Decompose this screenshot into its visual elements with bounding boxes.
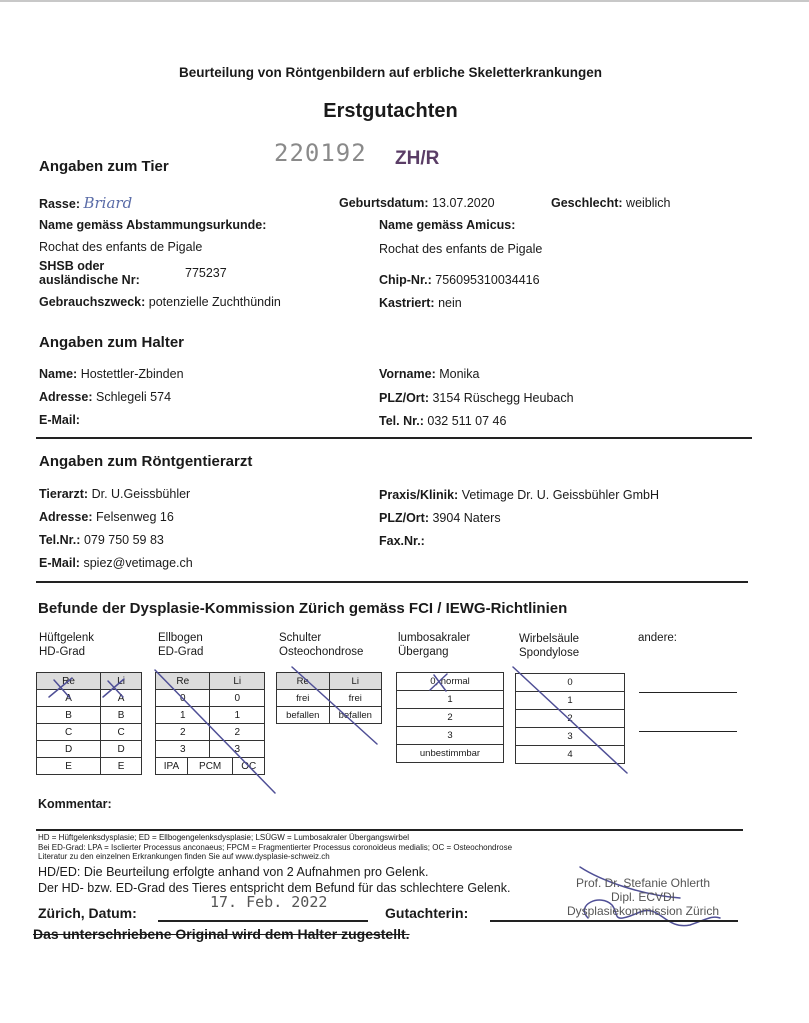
col-label: lumbosakraler xyxy=(398,631,470,645)
owner-firstname-field: Vorname: Monika xyxy=(379,367,480,381)
ed-cell[interactable]: 3 xyxy=(156,741,210,758)
lumbosacral-cell[interactable]: 2 xyxy=(397,709,504,727)
date-line xyxy=(158,920,368,922)
vet-fax-label: Fax.Nr.: xyxy=(379,534,425,548)
legend-line: Bei ED-Grad: LPA = Isclierter Processus … xyxy=(38,843,512,853)
vet-name-value: Dr. U.Geissbühler xyxy=(92,487,191,501)
lumbosacral-table: 0, normal 1 2 3 unbestimmbar xyxy=(396,672,504,763)
owner-firstname-value: Monika xyxy=(439,367,479,381)
spine-cell[interactable]: 0 xyxy=(516,674,625,692)
abbreviations-legend: HD = Hüftgelenksdysplasie; ED = Ellbogen… xyxy=(38,833,512,862)
col-lumbosacral-header: lumbosakralerÜbergang xyxy=(398,631,470,659)
lumbosacral-cell[interactable]: 3 xyxy=(397,727,504,745)
section-vet-heading: Angaben zum Röntgentierarzt xyxy=(39,453,252,470)
purpose-label: Gebrauchszweck: xyxy=(39,295,145,309)
neutered-label: Kastriert: xyxy=(379,296,435,310)
commission-stamp: ZH/R xyxy=(395,148,439,170)
comment-label: Kommentar: xyxy=(38,797,112,811)
vet-email-label: E-Mail: xyxy=(39,556,80,570)
vet-email-field: E-Mail: spiez@vetimage.ch xyxy=(39,556,193,570)
col-ed-header: EllbogenED-Grad xyxy=(158,631,203,659)
ed-oc-cell[interactable]: OC xyxy=(233,758,265,775)
vet-name-label: Tierarzt: xyxy=(39,487,88,501)
ed-cell[interactable]: 0 xyxy=(156,690,210,707)
breed-field: Rasse: Briard xyxy=(39,194,132,212)
vet-address-label: Adresse: xyxy=(39,510,93,524)
ed-cell[interactable]: 3 xyxy=(210,741,265,758)
neutered-value: nein xyxy=(438,296,462,310)
vet-fax-field: Fax.Nr.: xyxy=(379,534,425,548)
chip-value: 756095310034416 xyxy=(435,273,539,287)
owner-phone-value: 032 511 07 46 xyxy=(427,414,506,428)
hd-cell[interactable]: D xyxy=(37,741,101,758)
vet-city-label: PLZ/Ort: xyxy=(379,511,429,525)
amicus-name-value: Rochat des enfants de Pigale xyxy=(379,242,542,256)
sex-field: Geschlecht: weiblich xyxy=(551,196,671,210)
shoulder-cell[interactable]: frei xyxy=(329,690,382,707)
pedigree-name-label: Name gemäss Abstammungsurkunde: xyxy=(39,218,266,232)
divider xyxy=(36,829,743,831)
vet-city-value: 3904 Naters xyxy=(432,511,500,525)
ed-ipa-cell[interactable]: IPA xyxy=(156,758,188,775)
examiner-label: Gutachterin: xyxy=(385,905,468,921)
shsb-label-line2: ausländische Nr: xyxy=(39,273,140,287)
vet-phone-label: Tel.Nr.: xyxy=(39,533,80,547)
vet-address-field: Adresse: Felsenweg 16 xyxy=(39,510,174,524)
spine-table: 0 1 2 3 4 xyxy=(515,673,625,764)
shoulder-table: ReLi freifrei befallenbefallen xyxy=(276,672,382,724)
ed-header-left: Li xyxy=(210,673,265,690)
col-spine-header: WirbelsäuleSpondylose xyxy=(519,632,579,660)
examiner-commission: Dysplasiekommission Zürich xyxy=(553,904,733,918)
ed-header-right: Re xyxy=(156,673,210,690)
col-shoulder-header: SchulterOsteochondrose xyxy=(279,631,363,659)
vet-clinic-label: Praxis/Klinik: xyxy=(379,488,458,502)
ed-cell[interactable]: 1 xyxy=(210,707,265,724)
shoulder-header-left: Li xyxy=(329,673,382,690)
owner-name-value: Hostettler-Zbinden xyxy=(81,367,184,381)
case-number-stamp: 220192 xyxy=(274,139,367,167)
col-label: Schulter xyxy=(279,631,363,645)
examiner-stamp: Prof. Dr. Stefanie Ohlerth Dipl. ECVDI D… xyxy=(553,876,733,918)
owner-address-field: Adresse: Schlegeli 574 xyxy=(39,390,171,404)
col-label: Spondylose xyxy=(519,646,579,660)
hd-header-left: Li xyxy=(101,673,142,690)
signature-line xyxy=(490,920,738,922)
vet-phone-field: Tel.Nr.: 079 750 59 83 xyxy=(39,533,164,547)
owner-email-label: E-Mail: xyxy=(39,413,80,427)
original-note: Das unterschriebene Original wird dem Ha… xyxy=(33,926,410,942)
purpose-field: Gebrauchszweck: potenzielle Zuchthündin xyxy=(39,295,281,309)
divider xyxy=(36,581,748,583)
col-label: Ellbogen xyxy=(158,631,203,645)
owner-phone-label: Tel. Nr.: xyxy=(379,414,424,428)
owner-address-value: Schlegeli 574 xyxy=(96,390,171,404)
shoulder-cell[interactable]: befallen xyxy=(277,707,330,724)
examiner-title: Dipl. ECVDI xyxy=(553,890,733,904)
shsb-label: SHSB oder ausländische Nr: xyxy=(39,259,140,287)
owner-city-value: 3154 Rüschegg Heubach xyxy=(432,391,573,405)
owner-email-field: E-Mail: xyxy=(39,413,80,427)
ed-cell[interactable]: 2 xyxy=(210,724,265,741)
col-label: ED-Grad xyxy=(158,645,203,659)
date-label: Zürich, Datum: xyxy=(38,905,137,921)
neutered-field: Kastriert: nein xyxy=(379,296,462,310)
vet-email-value: spiez@vetimage.ch xyxy=(83,556,192,570)
owner-phone-field: Tel. Nr.: 032 511 07 46 xyxy=(379,414,506,428)
vet-city-field: PLZ/Ort: 3904 Naters xyxy=(379,511,501,525)
col-label: Osteochondrose xyxy=(279,645,363,659)
ed-cell[interactable]: 1 xyxy=(156,707,210,724)
owner-firstname-label: Vorname: xyxy=(379,367,436,381)
owner-city-label: PLZ/Ort: xyxy=(379,391,429,405)
shoulder-cell[interactable]: befallen xyxy=(329,707,382,724)
hd-cell[interactable]: A xyxy=(101,690,142,707)
shoulder-header-right: Re xyxy=(277,673,330,690)
ed-cell[interactable]: 0 xyxy=(210,690,265,707)
lumbosacral-cell[interactable]: 1 xyxy=(397,691,504,709)
vet-phone-value: 079 750 59 83 xyxy=(84,533,164,547)
hd-cell[interactable]: C xyxy=(101,724,142,741)
col-label: Hüftgelenk xyxy=(39,631,94,645)
document-subtitle: Erstgutachten xyxy=(0,100,781,123)
birthdate-label: Geburtsdatum: xyxy=(339,196,429,210)
spine-cell[interactable]: 3 xyxy=(516,728,625,746)
spine-cell[interactable]: 2 xyxy=(516,710,625,728)
sex-value: weiblich xyxy=(626,196,670,210)
section-animal-heading: Angaben zum Tier xyxy=(39,158,169,175)
hd-cell[interactable]: D xyxy=(101,741,142,758)
page-edge xyxy=(0,0,809,2)
ed-grade-table: ReLi 00 11 22 33 IPAPCMOC xyxy=(155,672,265,775)
lumbosacral-cell[interactable]: unbestimmbar xyxy=(397,745,504,763)
ed-cell[interactable]: 2 xyxy=(156,724,210,741)
vet-clinic-value: Vetimage Dr. U. Geissbühler GmbH xyxy=(462,488,659,502)
vet-name-field: Tierarzt: Dr. U.Geissbühler xyxy=(39,487,190,501)
vet-address-value: Felsenweg 16 xyxy=(96,510,174,524)
hd-cell[interactable]: B xyxy=(101,707,142,724)
breed-value: Briard xyxy=(83,194,132,212)
sex-label: Geschlecht: xyxy=(551,196,623,210)
examiner-name: Prof. Dr. Stefanie Ohlerth xyxy=(553,876,733,890)
col-hd-header: HüftgelenkHD-Grad xyxy=(39,631,94,659)
assessment-note-1: HD/ED: Die Beurteilung erfolgte anhand v… xyxy=(38,865,429,879)
col-other-header: andere: xyxy=(638,632,677,644)
document-title: Beurteilung von Röntgenbildern auf erbli… xyxy=(0,65,781,80)
owner-city-field: PLZ/Ort: 3154 Rüschegg Heubach xyxy=(379,391,574,405)
hd-grade-table: ReLi AA BB CC DD EE xyxy=(36,672,142,775)
birthdate-value: 13.07.2020 xyxy=(432,196,495,210)
other-finding-line[interactable] xyxy=(639,692,737,693)
shoulder-cell[interactable]: frei xyxy=(277,690,330,707)
shsb-value: 775237 xyxy=(185,266,227,280)
pedigree-name-value: Rochat des enfants de Pigale xyxy=(39,240,202,254)
col-label: Wirbelsäule xyxy=(519,632,579,646)
legend-line: Literatur zu den einzelnen Erkrankungen … xyxy=(38,852,512,862)
purpose-value: potenzielle Zuchthündin xyxy=(149,295,281,309)
shsb-label-line1: SHSB oder xyxy=(39,259,140,273)
chip-label: Chip-Nr.: xyxy=(379,273,432,287)
legend-line: HD = Hüftgelenksdysplasie; ED = Ellbogen… xyxy=(38,833,512,843)
vet-clinic-field: Praxis/Klinik: Vetimage Dr. U. Geissbühl… xyxy=(379,488,659,502)
section-owner-heading: Angaben zum Halter xyxy=(39,334,184,351)
date-stamp: 17. Feb. 2022 xyxy=(210,893,327,911)
breed-label: Rasse: xyxy=(39,197,80,211)
other-finding-line[interactable] xyxy=(639,731,737,732)
birthdate-field: Geburtsdatum: 13.07.2020 xyxy=(339,196,495,210)
col-label: Übergang xyxy=(398,645,470,659)
spine-cell[interactable]: 1 xyxy=(516,692,625,710)
hd-header-right: Re xyxy=(37,673,101,690)
hd-cell[interactable]: E xyxy=(37,758,101,775)
divider xyxy=(36,437,752,439)
hd-cell[interactable]: A xyxy=(37,690,101,707)
owner-address-label: Adresse: xyxy=(39,390,93,404)
col-label: HD-Grad xyxy=(39,645,94,659)
section-findings-heading: Befunde der Dysplasie-Kommission Zürich … xyxy=(38,600,567,617)
spine-cell[interactable]: 4 xyxy=(516,746,625,764)
amicus-name-label: Name gemäss Amicus: xyxy=(379,218,515,232)
owner-name-label: Name: xyxy=(39,367,77,381)
chip-field: Chip-Nr.: 756095310034416 xyxy=(379,273,540,287)
hd-cell[interactable]: B xyxy=(37,707,101,724)
hd-cell[interactable]: C xyxy=(37,724,101,741)
hd-cell[interactable]: E xyxy=(101,758,142,775)
owner-name-field: Name: Hostettler-Zbinden xyxy=(39,367,184,381)
ed-pcm-cell[interactable]: PCM xyxy=(187,758,233,775)
lumbosacral-cell[interactable]: 0, normal xyxy=(397,673,504,691)
